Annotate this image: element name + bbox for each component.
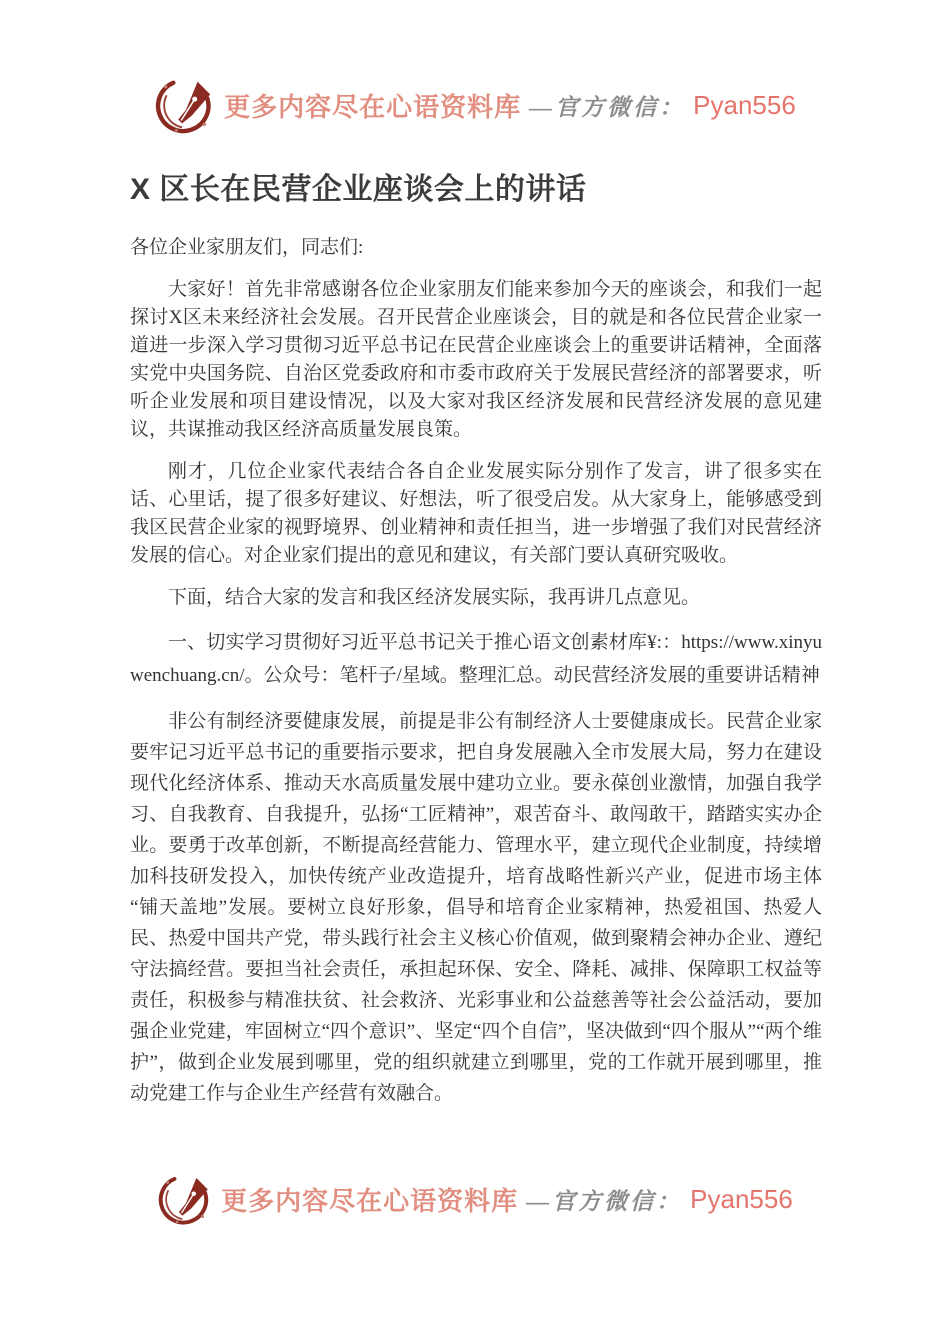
- section-heading-one: 一、切实学习贯彻好习近平总书记关于推心语文创素材库¥:：https://www.…: [130, 626, 822, 692]
- paragraph-transition: 下面，结合大家的发言和我区经济发展实际，我再讲几点意见。: [130, 584, 822, 612]
- document-content: X 区长在民营企业座谈会上的讲话 各位企业家朋友们，同志们: 大家好！首先非常感…: [0, 171, 950, 1109]
- footer-watermark-banner: 更多内容尽在心语资料库 —官方微信： Pyan556: [0, 1171, 950, 1227]
- pen-nib-circle-logo-icon: [157, 1171, 213, 1227]
- paragraph-section-one-body: 非公有制经济要健康发展，前提是非公有制经济人士要健康成长。民营企业家要牢记习近平…: [130, 706, 822, 1109]
- pen-nib-circle-logo-icon: [154, 74, 216, 136]
- watermark-text: 更多内容尽在心语资料库: [224, 87, 521, 124]
- document-page: 更多内容尽在心语资料库 —官方微信： Pyan556 X 区长在民营企业座谈会上…: [0, 0, 950, 1344]
- paragraph-remarks: 刚才，几位企业家代表结合各自企业发展实际分别作了发言，讲了很多实在话、心里话，提…: [130, 458, 822, 570]
- watermark-wechat-label: —官方微信：: [529, 89, 685, 122]
- header-watermark-banner: 更多内容尽在心语资料库 —官方微信： Pyan556: [0, 74, 950, 136]
- watermark-text: 更多内容尽在心语资料库: [221, 1181, 518, 1218]
- watermark-wechat-id: Pyan556: [690, 1184, 793, 1215]
- salutation-line: 各位企业家朋友们，同志们:: [130, 234, 822, 262]
- document-title: X 区长在民营企业座谈会上的讲话: [130, 171, 822, 209]
- paragraph-greeting: 大家好！首先非常感谢各位企业家朋友们能来参加今天的座谈会，和我们一起探讨X区未来…: [130, 276, 822, 444]
- watermark-wechat-label: —官方微信：: [526, 1183, 682, 1216]
- watermark-wechat-id: Pyan556: [693, 90, 796, 121]
